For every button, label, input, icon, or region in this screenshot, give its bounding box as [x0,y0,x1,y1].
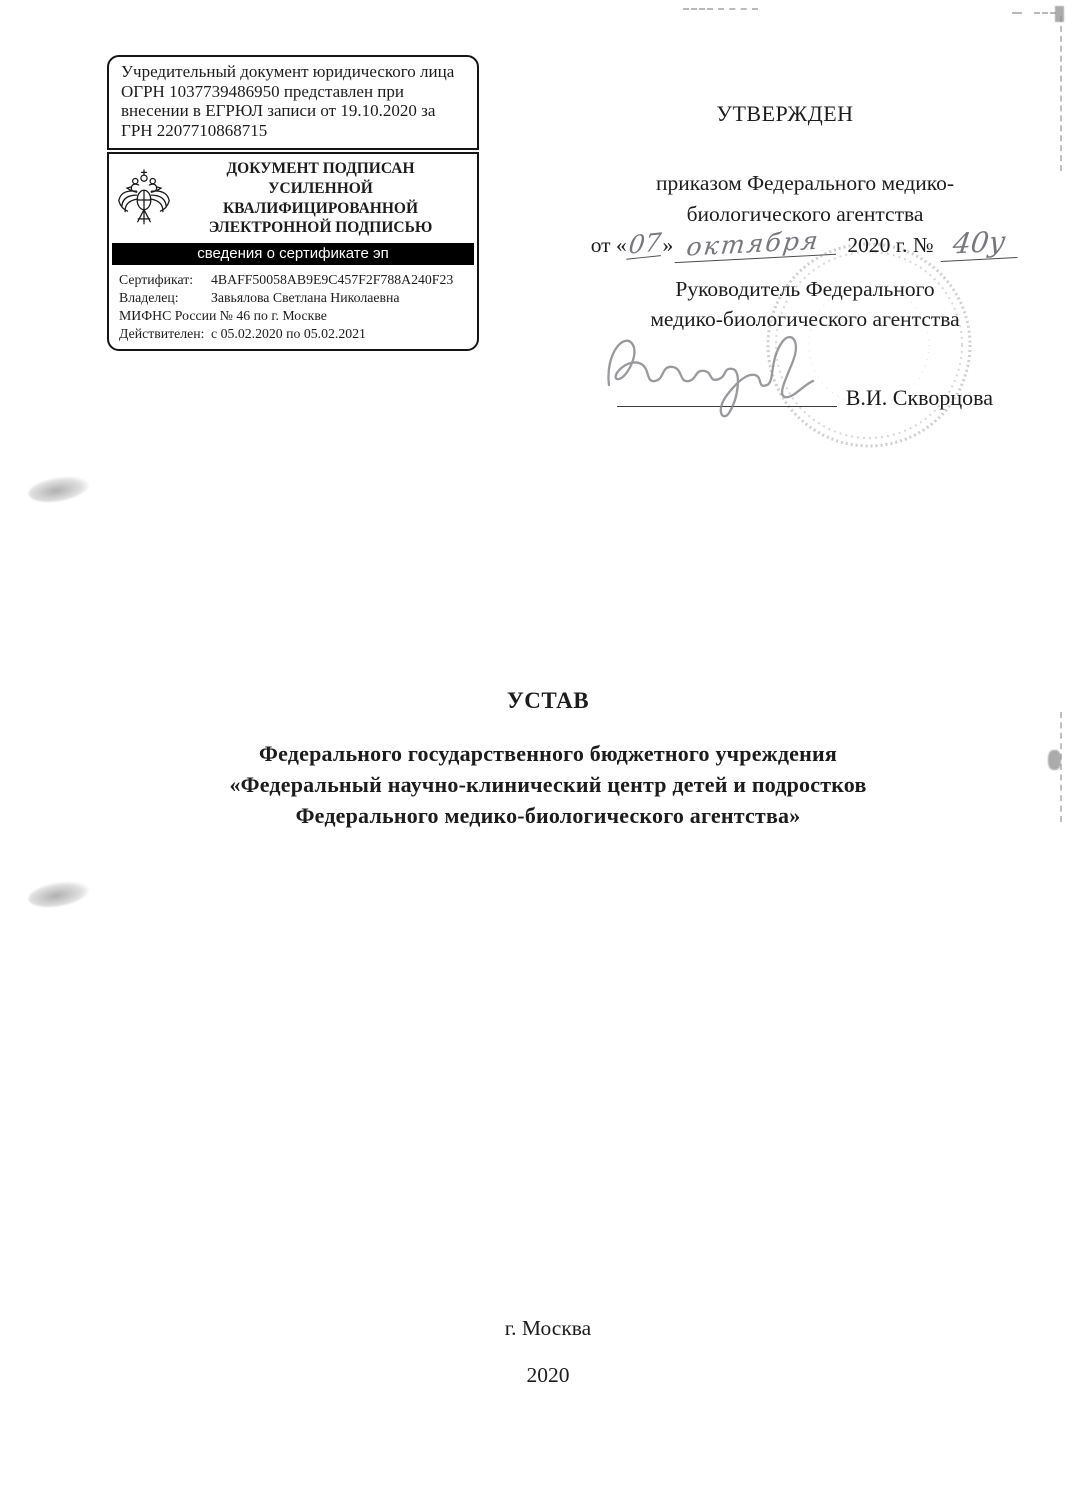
date-close-quote: » [663,233,674,257]
order-date-line: от «07»октября2020 г. №40у [575,229,1035,261]
scan-artifact-dash [1012,12,1022,14]
signed-heading-line3: ЭЛЕКТРОННОЙ ПОДПИСЬЮ [174,218,467,238]
signature-area: В.И. Скворцова [575,339,1035,431]
certificate-details: Сертификат: 4BAFF50058AB9E9C457F2F788A24… [109,267,477,344]
document-subtitle-line3: Федерального медико-биологического агент… [30,800,1066,831]
double-headed-eagle-icon [114,168,174,230]
esign-stamp-block: Учредительный документ юридического лица… [107,55,479,351]
date-prefix: от « [591,233,627,257]
handwritten-day: 07 [626,230,663,260]
validity-label: Действителен: [119,325,211,343]
certificate-row: МИФНС России № 46 по г. Москве [119,307,471,325]
certificate-value: 4BAFF50058AB9E9C457F2F788A240F23 [211,271,453,289]
signed-heading: ДОКУМЕНТ ПОДПИСАН УСИЛЕННОЙ КВАЛИФИЦИРОВ… [174,159,471,238]
issuer-text: МИФНС России № 46 по г. Москве [119,307,327,325]
scan-artifact-dash [1060,16,1062,171]
approved-heading: УТВЕРЖДЕН [575,98,995,129]
scan-artifact-dash [718,8,758,10]
agency-head-title-line1: Руководитель Федерального [575,274,1035,305]
scan-artifact-dash [1034,12,1056,14]
footer-city: г. Москва [30,1316,1066,1341]
scan-smudge [26,472,91,506]
order-reference: приказом Федерального медико- биологичес… [575,168,1035,229]
order-reference-line1: приказом Федерального медико- [575,168,1035,199]
handwritten-month: октября [675,227,840,263]
validity-value: с 05.02.2020 по 05.02.2021 [211,325,366,343]
footer: г. Москва 2020 [30,1316,1066,1388]
document-title-block: УСТАВ Федерального государственного бюдж… [30,688,1066,831]
document-page: Учредительный документ юридического лица… [0,0,1066,1500]
owner-value: Завьялова Светлана Николаевна [211,289,400,307]
signed-heading-line1: ДОКУМЕНТ ПОДПИСАН [174,159,467,179]
signer-name: В.И. Скворцова [846,382,993,413]
registration-stamp: Учредительный документ юридического лица… [107,55,479,150]
date-year-label: 2020 г. № [847,233,933,257]
certificate-info-bar: сведения о сертификате эп [112,243,474,265]
certificate-label: Сертификат: [119,271,211,289]
signed-heading-line2: УСИЛЕННОЙ КВАЛИФИЦИРОВАННОЙ [174,179,467,219]
handwritten-order-number: 40у [941,227,1021,262]
scan-artifact-blob [1055,6,1064,22]
owner-label: Владелец: [119,289,211,307]
footer-year: 2020 [30,1363,1066,1388]
registration-stamp-text: Учредительный документ юридического лица… [121,62,454,140]
scan-artifact-dash [683,8,713,10]
scan-smudge [26,877,91,911]
approval-block: УТВЕРЖДЕН приказом Федерального медико- … [575,96,1035,431]
certificate-row: Действителен: с 05.02.2020 по 05.02.2021 [119,325,471,343]
handwritten-signature [601,323,849,427]
signature-stamp: ДОКУМЕНТ ПОДПИСАН УСИЛЕННОЙ КВАЛИФИЦИРОВ… [107,152,479,351]
document-subtitle-line2: «Федеральный научно-клинический центр де… [30,769,1066,800]
certificate-row: Владелец: Завьялова Светлана Николаевна [119,289,471,307]
certificate-row: Сертификат: 4BAFF50058AB9E9C457F2F788A24… [119,271,471,289]
document-subtitle-line1: Федерального государственного бюджетного… [30,738,1066,769]
document-title: УСТАВ [30,688,1066,714]
order-reference-line2: биологического агентства [575,199,1035,230]
